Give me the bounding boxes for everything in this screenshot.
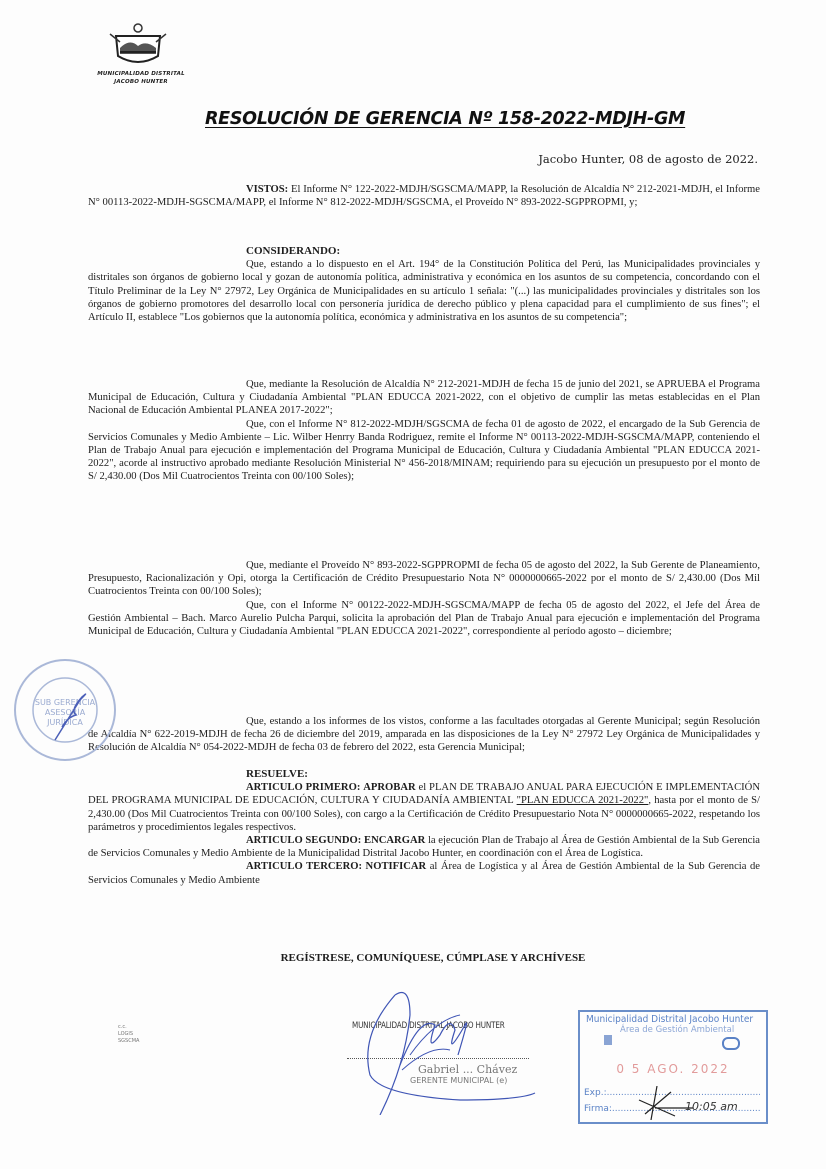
considerando-paragraph: Que, con el Informe N° 812-2022-MDJH/SGS… <box>88 418 760 484</box>
considerando-paragraph: Que, mediante el Proveído N° 893-2022-SG… <box>88 559 760 599</box>
handwritten-signature-icon <box>340 975 540 1115</box>
stamp-time: 10:05 am <box>685 1100 738 1113</box>
reception-stamp: Municipalidad Distrital Jacobo Hunter Ár… <box>578 1010 768 1124</box>
considerando-continued-2: Que, mediante el Proveído N° 893-2022-SG… <box>88 559 760 638</box>
article-primero: ARTICULO PRIMERO: APROBAR el PLAN DE TRA… <box>88 781 760 834</box>
stamp-area: Área de Gestión Ambiental <box>620 1025 734 1035</box>
article-segundo: ARTICULO SEGUNDO: ENCARGAR la ejecución … <box>88 834 760 860</box>
document-page: MUNICIPALIDAD DISTRITAL JACOBO HUNTER RE… <box>0 0 826 1169</box>
considerando-continued: Que, mediante la Resolución de Alcaldía … <box>88 378 760 484</box>
svg-text:ASESORÍA: ASESORÍA <box>45 706 86 717</box>
article-heading: ARTICULO PRIMERO: <box>246 782 360 793</box>
document-date: Jacobo Hunter, 08 de agosto de 2022. <box>538 152 758 166</box>
article-verb: APROBAR <box>363 782 415 793</box>
cc-item: LOGIS <box>118 1031 139 1038</box>
article-heading: ARTICULO SEGUNDO: <box>246 835 361 846</box>
municipality-name: MUNICIPALIDAD DISTRITAL JACOBO HUNTER <box>86 70 196 86</box>
considerando-paragraph: Que, mediante la Resolución de Alcaldía … <box>88 378 760 418</box>
vistos-label: VISTOS: <box>246 184 288 195</box>
considerando-paragraph: Que, estando a los informes de los visto… <box>88 715 760 755</box>
resolution-title: RESOLUCIÓN DE GERENCIA Nº 158-2022-MDJH-… <box>205 109 675 129</box>
exp-label: Exp.: <box>584 1088 607 1098</box>
vistos-section: VISTOS: El Informe N° 122-2022-MDJH/SGSC… <box>88 183 760 209</box>
firma-label: Firma: <box>584 1104 612 1114</box>
considerando-paragraph: Que, con el Informe N° 00122-2022-MDJH-S… <box>88 599 760 639</box>
cc-item: c.c. <box>118 1024 139 1031</box>
closing-formula: REGÍSTRESE, COMUNÍQUESE, CÚMPLASE Y ARCH… <box>0 952 826 964</box>
carbon-copy-list: c.c. LOGIS SGSCMA <box>118 1024 139 1045</box>
stamp-date: 0 5 AGO. 2022 <box>580 1062 766 1076</box>
legal-advisory-seal-icon: SUB GERENCIA ASESORÍA JURÍDICA <box>10 655 120 765</box>
cc-item: SGSCMA <box>118 1038 139 1045</box>
svg-text:SUB GERENCIA: SUB GERENCIA <box>35 698 96 707</box>
considerando-paragraph: Que, estando a lo dispuesto en el Art. 1… <box>88 258 760 324</box>
resuelve-heading: RESUELVE: <box>88 768 760 781</box>
plan-name: "PLAN EDUCCA 2021-2022" <box>517 795 649 806</box>
considerando-continued-3: Que, estando a los informes de los visto… <box>88 715 760 755</box>
considerando-section: CONSIDERANDO: Que, estando a lo dispuest… <box>88 245 760 324</box>
org-line-2: JACOBO HUNTER <box>86 78 196 86</box>
stamp-org: Municipalidad Distrital Jacobo Hunter <box>586 1014 753 1025</box>
article-verb: NOTIFICAR <box>366 861 427 872</box>
article-heading: ARTICULO TERCERO: <box>246 861 362 872</box>
org-line-1: MUNICIPALIDAD DISTRITAL <box>86 70 196 78</box>
article-tercero: ARTICULO TERCERO: NOTIFICAR al Área de L… <box>88 860 760 886</box>
stamp-marker-icon <box>604 1035 612 1045</box>
article-verb: ENCARGAR <box>364 835 425 846</box>
considerando-heading: CONSIDERANDO: <box>88 245 760 258</box>
stamp-oval-icon <box>722 1037 740 1050</box>
resuelve-section: RESUELVE: ARTICULO PRIMERO: APROBAR el P… <box>88 768 760 887</box>
vistos-text: El Informe N° 122-2022-MDJH/SGSCMA/MAPP,… <box>88 184 760 208</box>
coat-of-arms-icon <box>108 22 168 70</box>
